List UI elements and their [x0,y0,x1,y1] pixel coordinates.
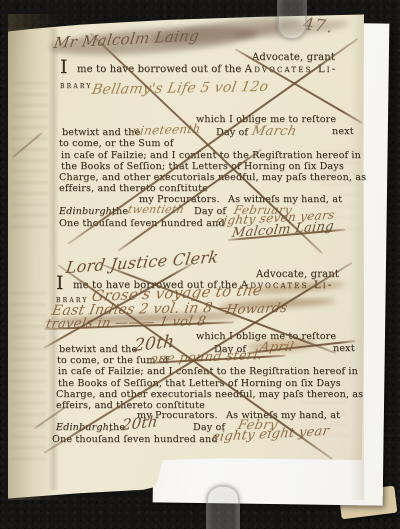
form1-effeirs-line: effeirs, and thereto conſtitute [59,184,208,194]
form1-return-month: March [252,124,296,139]
form2-books-line: the Books of Seſſion, that Letters of Ho… [58,379,341,389]
form1-failzie-line: in caſe of Failzie; and I conſent to the… [61,151,361,161]
photographed-register-page: 47. Mr Malcolm Laing Advocate, grant I m… [0,0,400,529]
form1-dropcap: I [60,58,68,77]
form1-thousand-line: One thouſand ſeven hundred and [59,219,225,229]
form1-borrowed-caps: Advocates Li- [245,64,338,75]
form2-next: next [333,344,355,354]
form1-to-come: to come, or the Sum of [59,139,173,149]
show-through-text [12,82,48,232]
show-through-text [12,292,46,460]
form1-borrowed-pre: me to have borrowed out of the [77,64,245,75]
form2-dropcap: I [56,274,64,293]
transparent-holding-strap-icon [206,485,240,529]
transparent-holding-strap-icon [277,0,307,40]
form1-brary: brary [60,82,93,91]
form2-betwixt: betwixt and the [59,345,137,355]
form1-next: next [332,127,354,137]
form2-thousand-line: One thouſand ſeven hundred and [52,435,218,445]
page-crease [48,28,59,490]
form1-borrowed-line: me to have borrowed out of the Advocates… [77,65,337,75]
form1-book-title: Bellamy's Life 5 vol 12o [92,79,269,98]
form1-betwixt: betwixt and the [62,128,140,138]
form2-date-day: 20th [121,412,159,434]
form1-books-line: the Books of Seſſion; that Letters of Ho… [61,162,344,172]
form2-charge-line: Charge, and other executorials needful, … [56,390,363,400]
